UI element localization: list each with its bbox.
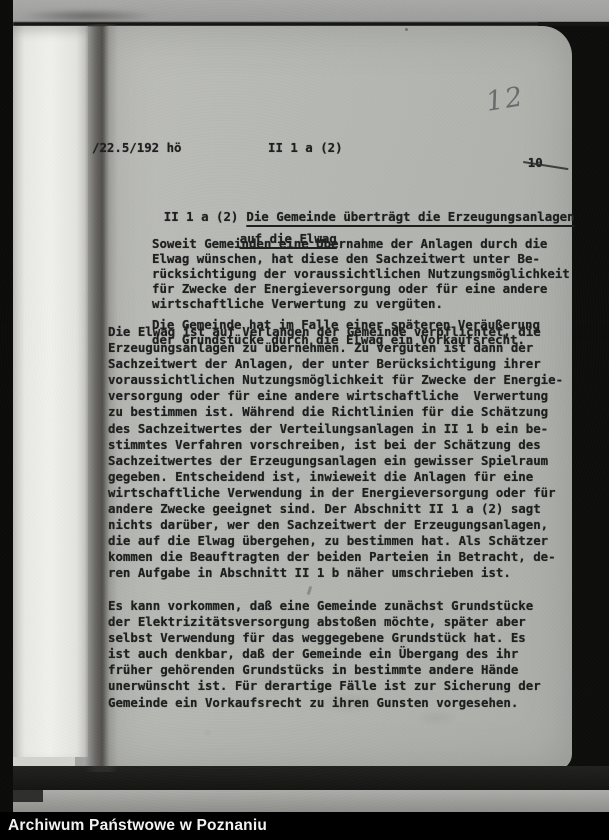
section-code-header: II 1 a (2)	[268, 140, 343, 155]
archive-caption-bar: Archiwum Państwowe w Poznaniu	[0, 812, 609, 840]
text-line: die auf die Elwag übergehen, zu bestimme…	[108, 533, 563, 549]
handwritten-page-number: 12	[484, 81, 527, 118]
text-line: stimmtes Verfahren vorschreiben, ist bei…	[108, 437, 563, 453]
text-line: Elwag wünschen, hat diese den Sachzeitwe…	[152, 251, 570, 266]
text-line: früher gehörenden Grundstücks in bestimm…	[108, 662, 541, 678]
text-line: Sachzeitwert der Anlagen, der unter Berü…	[108, 356, 563, 372]
black-backdrop-left	[0, 0, 13, 812]
text-line: Die Elwag ist auf Verlangen der Gemeinde…	[108, 324, 563, 340]
text-line: nichts darüber, wer den Sachzeitwert der…	[108, 517, 563, 533]
page-number-wrap: 10	[483, 140, 543, 185]
text-line: zu bestimmen ist. Während die Richtlinie…	[108, 404, 563, 420]
backing-surface	[0, 790, 609, 812]
archive-caption: Archiwum Państwowe w Poznaniu	[8, 817, 267, 835]
archival-photo: 12 /22.5/192 hö II 1 a (2) 10 II 1 a (2)…	[0, 0, 609, 812]
text-line: Es kann vorkommen, daß eine Gemeinde zun…	[108, 598, 541, 614]
text-line: selbst Verwendung für das weggegebene Gr…	[108, 630, 541, 646]
text-line: versorgung oder für eine andere wirtscha…	[108, 388, 563, 404]
closing-paragraph: Es kann vorkommen, daß eine Gemeinde zun…	[108, 598, 541, 711]
commentary-paragraph: Die Elwag ist auf Verlangen der Gemeinde…	[108, 324, 563, 582]
text-line: der Elektrizitätsversorgung abstoßen möc…	[108, 614, 541, 630]
text-line: kommen die Beauftragten der beiden Parte…	[108, 549, 563, 565]
text-line: ist auch denkbar, daß der Gemeinde ein Ü…	[108, 646, 541, 662]
file-reference: /22.5/192 hö	[92, 140, 182, 155]
text-line: für Zwecke der Energieversorgung oder fü…	[152, 281, 570, 296]
pencil-tick-mark	[307, 586, 313, 595]
text-line: Soweit Gemeinden eine Übernahme der Anla…	[152, 236, 570, 251]
text-line: wirtschaftliche Verwertung zu vergüten.	[152, 296, 570, 311]
text-line: andere Zwecke geeignet sind. Der Abschni…	[108, 501, 563, 517]
smudge-mark	[20, 9, 155, 23]
text-line: Sachzeitwertes der Erzeugungsanlagen ein…	[108, 453, 563, 469]
quote-paragraph-1: Soweit Gemeinden eine Übernahme der Anla…	[152, 236, 570, 311]
ink-speck	[405, 28, 408, 31]
text-line: unerwünscht ist. Für derartige Fälle ist…	[108, 678, 541, 694]
text-line: Erzeugungsanlagen zu übernehmen. Zu verg…	[108, 340, 563, 356]
document-page: 12 /22.5/192 hö II 1 a (2) 10 II 1 a (2)…	[105, 26, 572, 770]
ink-speck	[510, 217, 513, 220]
text-line: wirtschaftliche Verwendung in der Energi…	[108, 485, 563, 501]
page-above-edge	[0, 0, 609, 24]
text-line: Gemeinde ein Vorkaufsrecht zu ihren Guns…	[108, 695, 541, 711]
backing-surface-shadow	[13, 790, 43, 802]
underlying-page-edge	[13, 26, 88, 757]
struck-page-number: 10	[528, 155, 543, 170]
text-line: gegeben. Entscheidend ist, inwieweit die…	[108, 469, 563, 485]
text-line: des Sachzeitwertes der Verteilungsanlage…	[108, 421, 563, 437]
text-line: voraussichtlichen Nutzungsmöglichkeit fü…	[108, 372, 563, 388]
text-line: rücksichtigung der voraussichtlichen Nut…	[152, 266, 570, 281]
text-line: ren Aufgabe in Abschnitt II 1 b näher um…	[108, 565, 563, 581]
